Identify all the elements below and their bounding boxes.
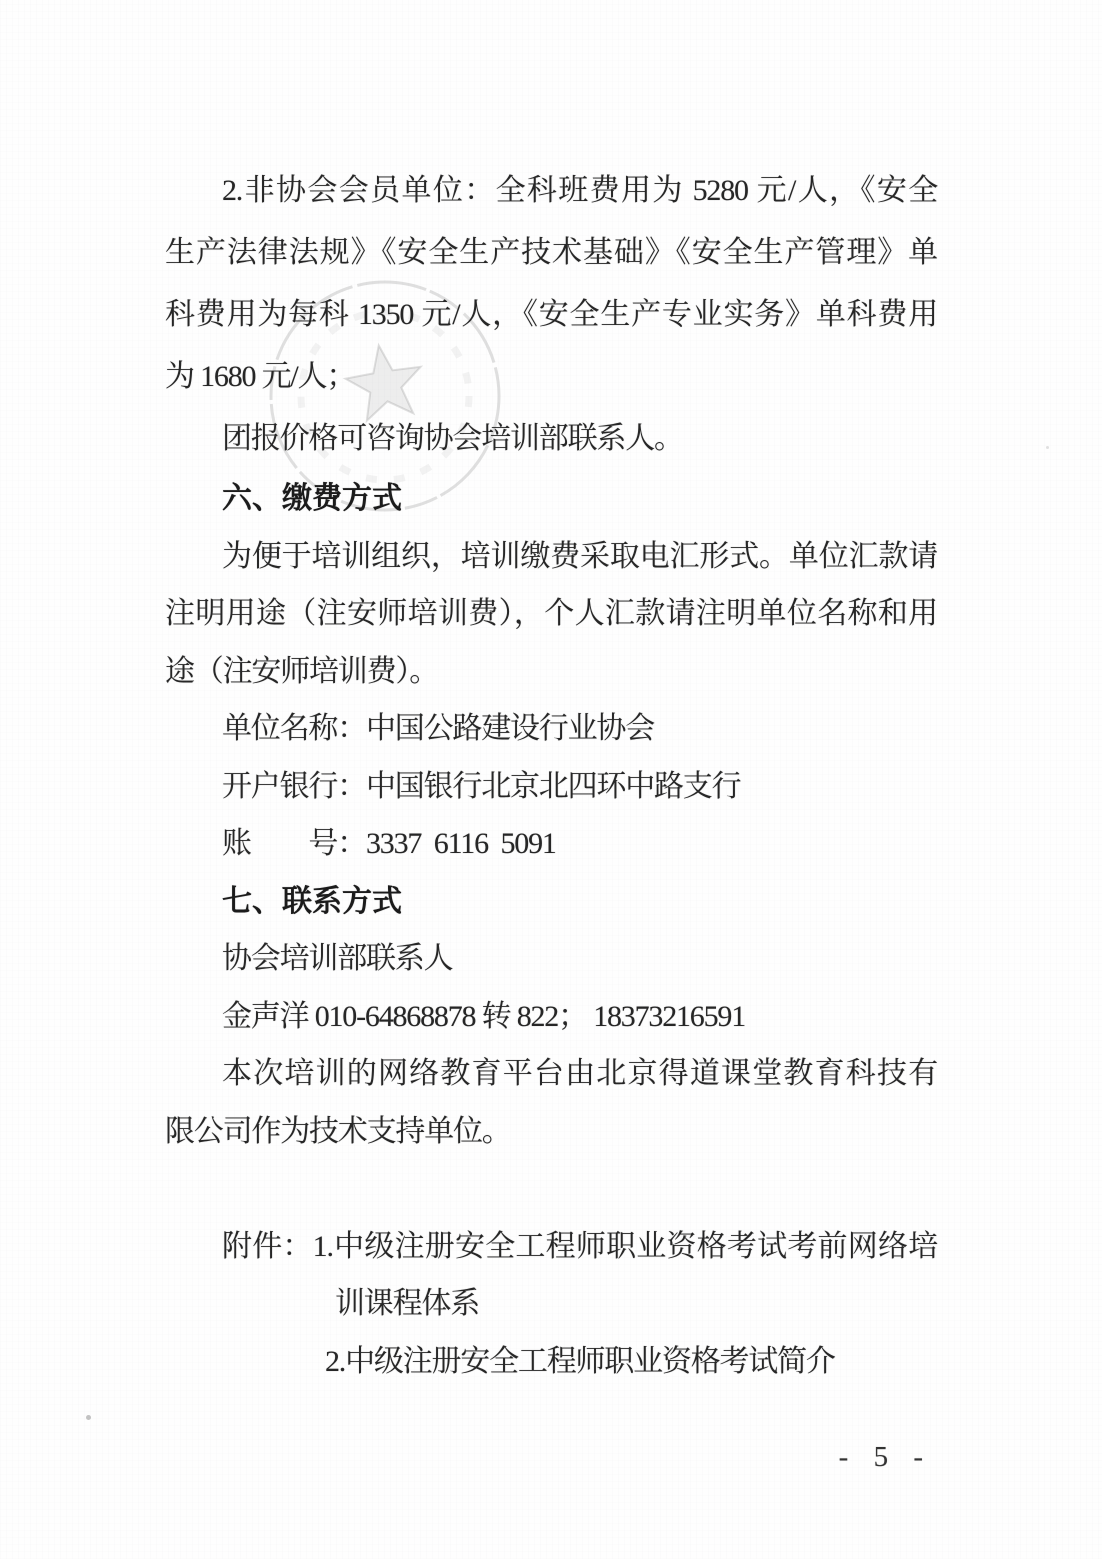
text-line: 训课程体系 (165, 1275, 937, 1333)
text-line: 限公司作为技术支持单位。 (165, 1103, 937, 1161)
text-line: 科费用为每科 1350 元/人，《安全生产专业实务》单科费用 (165, 284, 937, 346)
text-line: 为 1680 元/人； (165, 346, 937, 408)
text-line: 途（注安师培训费）。 (165, 643, 937, 701)
page-number: - 5 - (839, 1441, 932, 1474)
section-heading: 六、缴费方式 (165, 470, 937, 528)
text-line: 为便于培训组织，培训缴费采取电汇形式。单位汇款请 (165, 528, 937, 586)
text-line: 金声洋 010-64868878 转 822； 18373216591 (165, 988, 937, 1046)
text-line: 生产法律法规》《安全生产技术基础》《安全生产管理》单 (165, 222, 937, 284)
scan-speck (1046, 446, 1049, 449)
text-line: 附件：1.中级注册安全工程师职业资格考试考前网络培 (165, 1218, 937, 1276)
text-line: 开户银行：中国银行北京北四环中路支行 (165, 758, 937, 816)
scan-speck (86, 1415, 91, 1420)
text-line: 2.中级注册安全工程师职业资格考试简介 (165, 1333, 937, 1391)
document-page: 2.非协会会员单位：全科班费用为 5280 元/人，《安全生产法律法规》《安全生… (0, 0, 1102, 1559)
text-line: 账 号：3337 6116 5091 (165, 815, 937, 873)
text-line: 团报价格可咨询协会培训部联系人。 (165, 408, 937, 470)
text-line: 协会培训部联系人 (165, 930, 937, 988)
text-line: 单位名称：中国公路建设行业协会 (165, 700, 937, 758)
text-line: 本次培训的网络教育平台由北京得道课堂教育科技有 (165, 1045, 937, 1103)
text-line: 2.非协会会员单位：全科班费用为 5280 元/人，《安全 (165, 160, 937, 222)
document-body: 2.非协会会员单位：全科班费用为 5280 元/人，《安全生产法律法规》《安全生… (165, 160, 937, 1390)
text-line: 注明用途（注安师培训费），个人汇款请注明单位名称和用 (165, 585, 937, 643)
section-heading: 七、联系方式 (165, 873, 937, 931)
